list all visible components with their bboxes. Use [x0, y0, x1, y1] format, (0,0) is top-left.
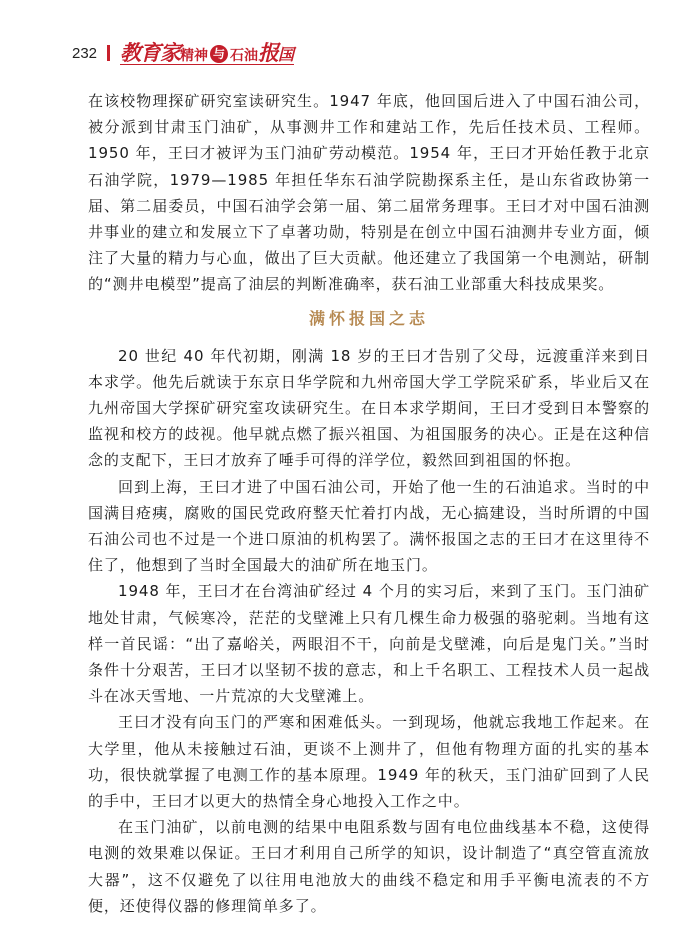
book-title-part-3: 石油 [230, 49, 258, 63]
book-title-part-5: 国 [278, 47, 294, 63]
paragraph: 回到上海，王曰才进了中国石油公司，开始了他一生的石油追求。当时的中国满目疮痍，腐… [88, 474, 650, 579]
page-body: 在该校物理探矿研究室读研究生。1947 年底，他回国后进入了中国石油公司，被分派… [88, 88, 650, 919]
header-divider-bar [107, 45, 110, 61]
book-title-part-4: 报 [258, 42, 278, 63]
intro-paragraph: 在该校物理探矿研究室读研究生。1947 年底，他回国后进入了中国石油公司，被分派… [88, 88, 650, 298]
paragraph: 1948 年，王曰才在台湾油矿经过 4 个月的实习后，来到了玉门。玉门油矿地处甘… [88, 578, 650, 709]
section-heading: 满怀报国之志 [88, 307, 650, 331]
book-title-part-1: 教育家 [120, 42, 180, 63]
paragraph: 在玉门油矿，以前电测的结果中电阻系数与固有电位曲线基本不稳，这使得电测的效果难以… [88, 814, 650, 919]
paragraph: 20 世纪 40 年代初期，刚满 18 岁的王曰才告别了父母，远渡重洋来到日本求… [88, 343, 650, 474]
book-title: 教育家 精神 与 石油 报 国 [120, 42, 294, 65]
book-title-connector-badge: 与 [210, 45, 228, 63]
running-header: 232 教育家 精神 与 石油 报 国 [72, 40, 294, 66]
book-title-part-2: 精神 [180, 49, 208, 63]
page-number: 232 [72, 45, 97, 62]
paragraph: 王曰才没有向玉门的严寒和困难低头。一到现场，他就忘我地工作起来。在大学里，他从未… [88, 709, 650, 814]
